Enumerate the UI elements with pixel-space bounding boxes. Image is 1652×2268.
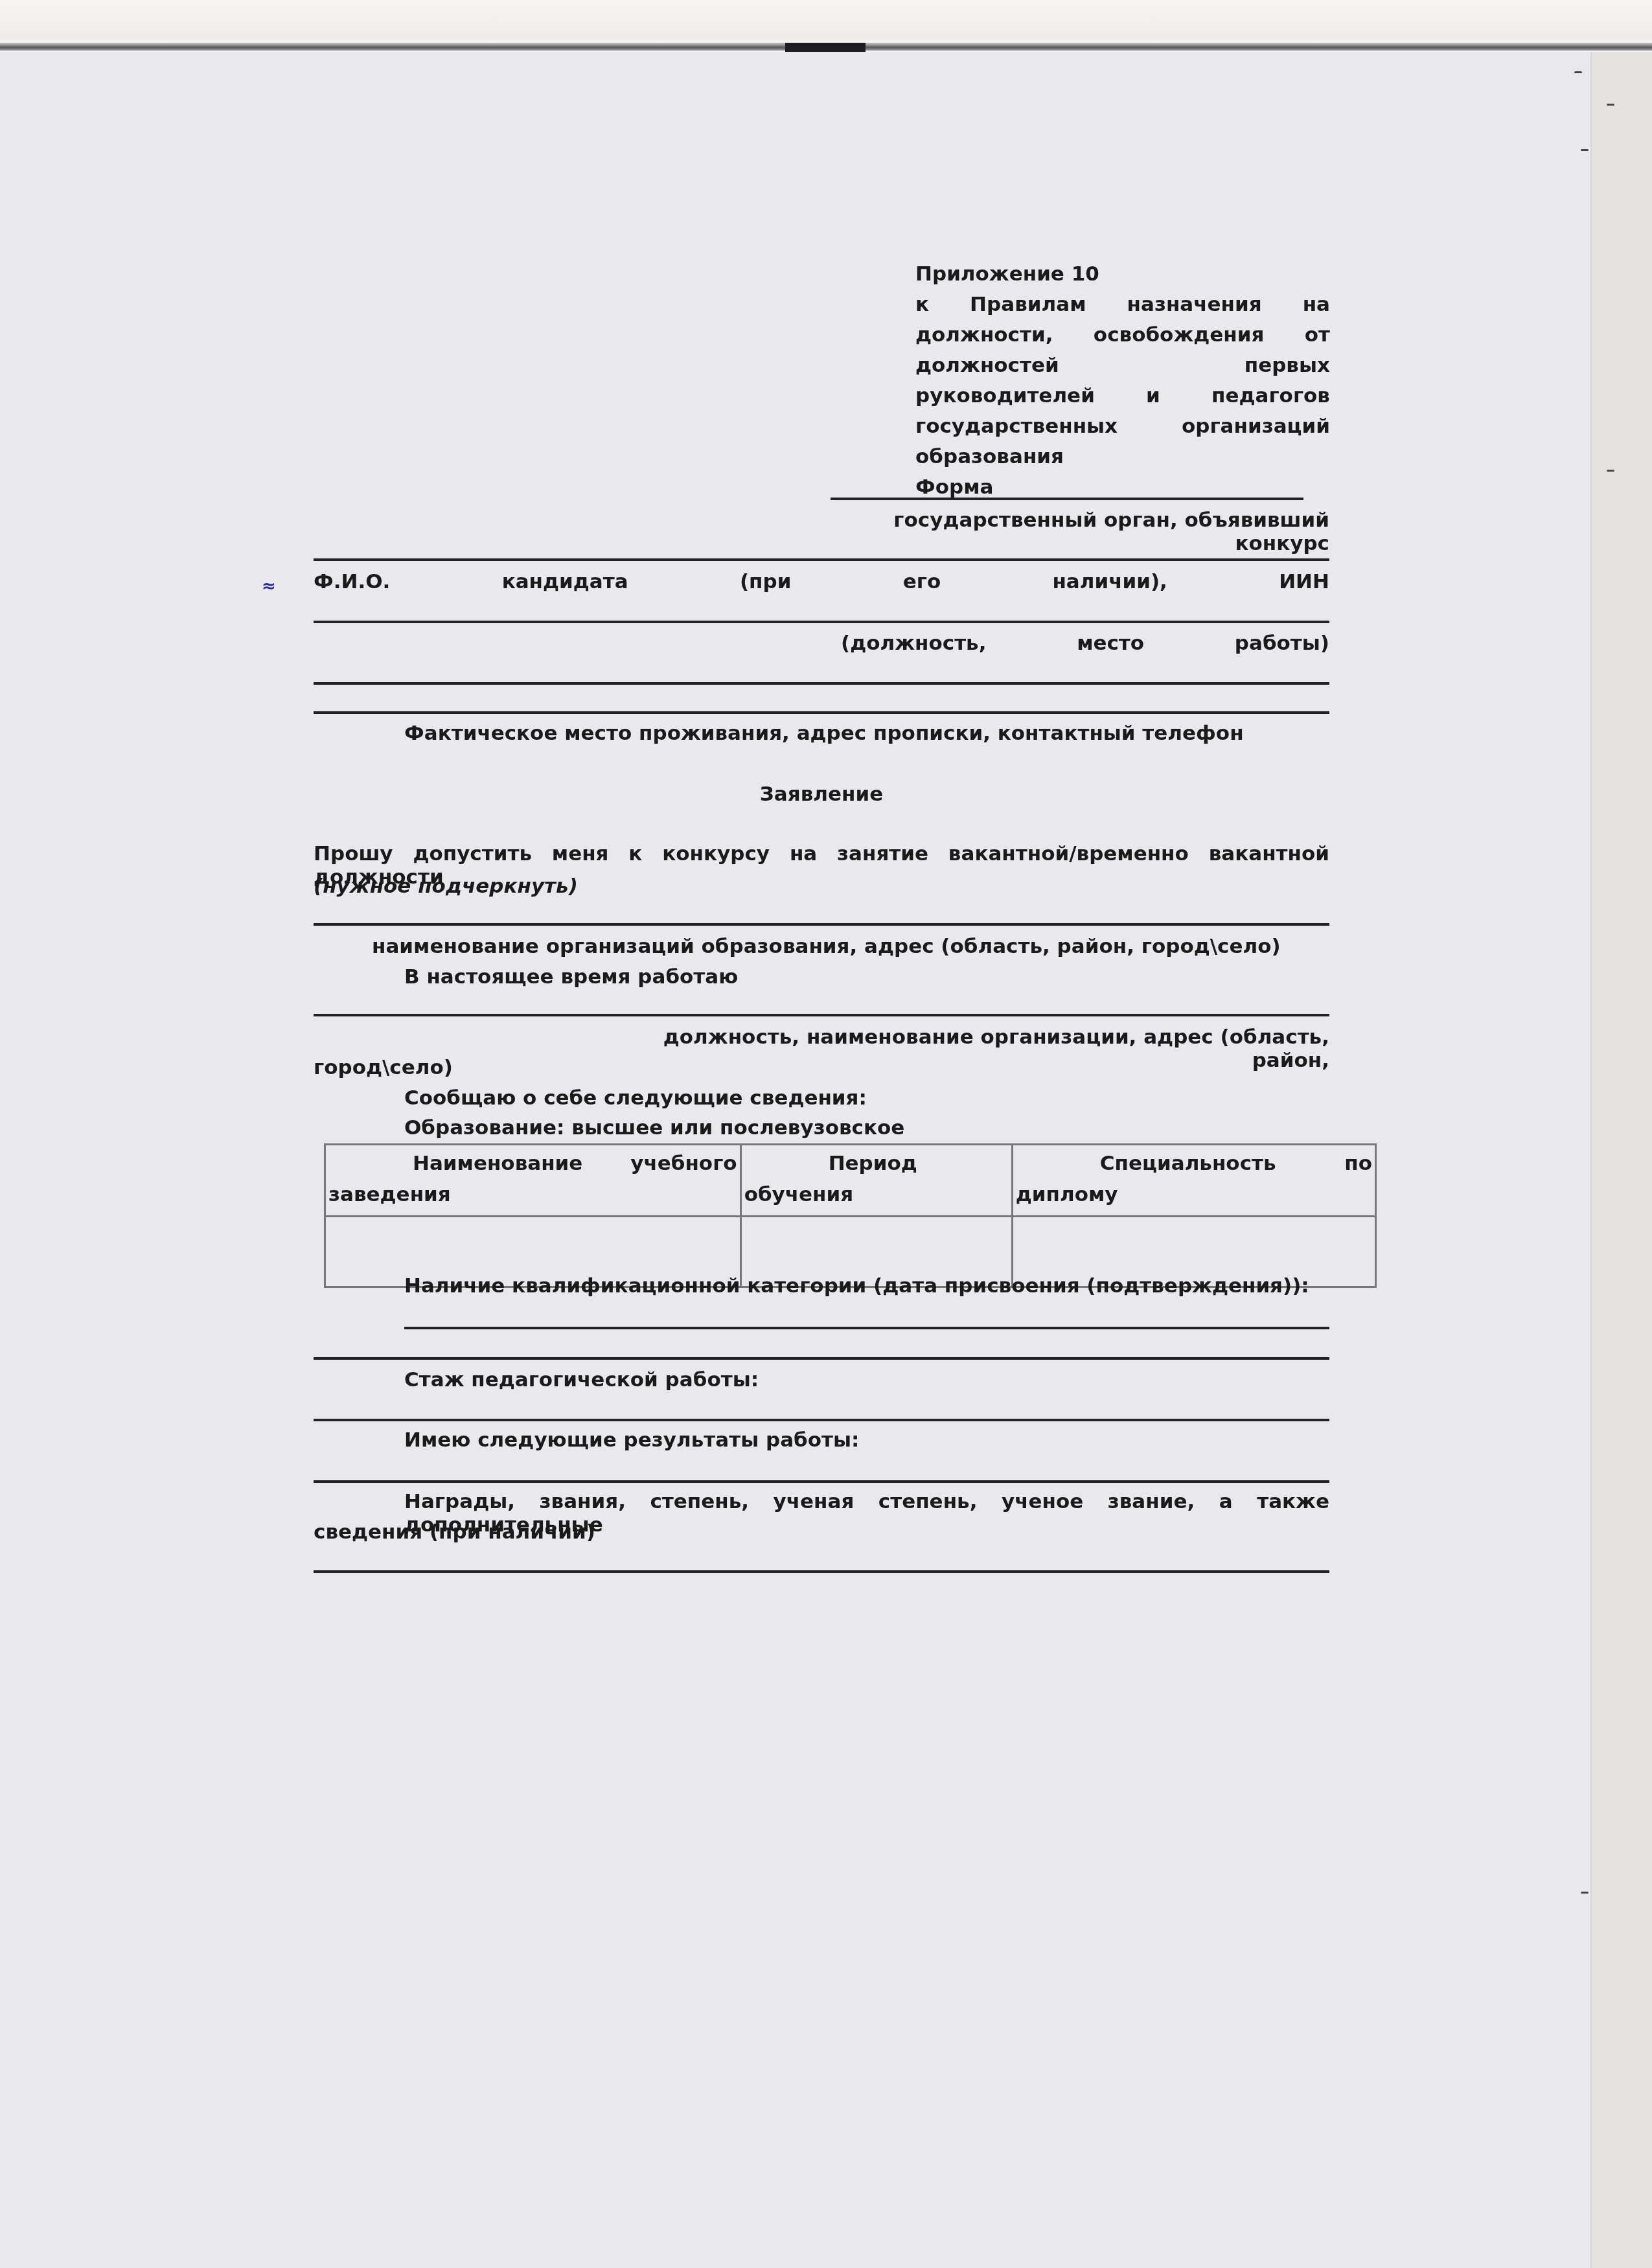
- residence-field-1[interactable]: [314, 682, 1329, 685]
- experience-label: Стаж педагогической работы:: [404, 1368, 759, 1392]
- scan-speck: [1574, 71, 1582, 73]
- residence-caption: Фактическое место проживания, адрес проп…: [404, 722, 1244, 745]
- organization-field[interactable]: [314, 923, 1329, 926]
- scanner-clip-mark: [785, 43, 866, 52]
- qualification-field-1[interactable]: [404, 1327, 1329, 1329]
- column-period: Период обучения: [740, 1145, 1012, 1217]
- currently-working-label: В настоящее время работаю: [404, 965, 738, 989]
- current-job-field[interactable]: [314, 1014, 1329, 1016]
- scan-speck: [1607, 470, 1614, 472]
- awards-label-line2: сведения (при наличии): [314, 1520, 595, 1544]
- education-table-header: Наименование учебного заведения Период о…: [325, 1145, 1376, 1217]
- request-note: (нужное подчеркнуть): [314, 875, 578, 898]
- scan-speck: [1581, 1892, 1589, 1894]
- about-me-label: Сообщаю о себе следующие сведения:: [404, 1086, 867, 1110]
- scanner-top-margin: [0, 0, 1652, 40]
- qualification-field-2[interactable]: [314, 1357, 1329, 1360]
- education-label: Образование: высшее или послевузовское: [404, 1116, 904, 1140]
- awards-field[interactable]: [314, 1570, 1329, 1573]
- results-label: Имею следующие результаты работы:: [404, 1428, 859, 1452]
- organization-caption: наименование организаций образования, ад…: [372, 935, 1281, 958]
- page-right-shadow: [1590, 52, 1652, 2268]
- current-job-caption-line2: город\село): [314, 1056, 453, 1079]
- pen-mark: ≈: [262, 577, 276, 596]
- education-table: Наименование учебного заведения Период о…: [324, 1143, 1377, 1288]
- results-field[interactable]: [314, 1480, 1329, 1483]
- government-body-field[interactable]: [831, 498, 1303, 500]
- candidate-caption: Ф.И.О. кандидата (при его наличии), ИИН: [314, 570, 1329, 593]
- appendix-subtitle: к Правилам назначения на должности, осво…: [915, 290, 1330, 472]
- appendix-title: Приложение 10: [915, 259, 1330, 290]
- current-job-caption-line1: должность, наименование организации, адр…: [623, 1025, 1329, 1072]
- column-specialty: Специальность по диплому: [1012, 1145, 1375, 1217]
- position-field[interactable]: [314, 621, 1329, 623]
- qualification-label: Наличие квалификационной категории (дата…: [404, 1274, 1309, 1298]
- position-caption: (должность, место работы): [841, 632, 1329, 655]
- government-body-caption: государственный орган, объявивший конкур…: [829, 509, 1329, 555]
- statement-title: Заявление: [314, 783, 1329, 806]
- experience-field[interactable]: [314, 1419, 1329, 1421]
- appendix-header: Приложение 10 к Правилам назначения на д…: [915, 259, 1330, 503]
- column-institution: Наименование учебного заведения: [325, 1145, 741, 1217]
- scan-speck: [1581, 149, 1589, 151]
- candidate-name-field[interactable]: [314, 558, 1329, 561]
- residence-field-2[interactable]: [314, 711, 1329, 714]
- scan-speck: [1607, 104, 1614, 106]
